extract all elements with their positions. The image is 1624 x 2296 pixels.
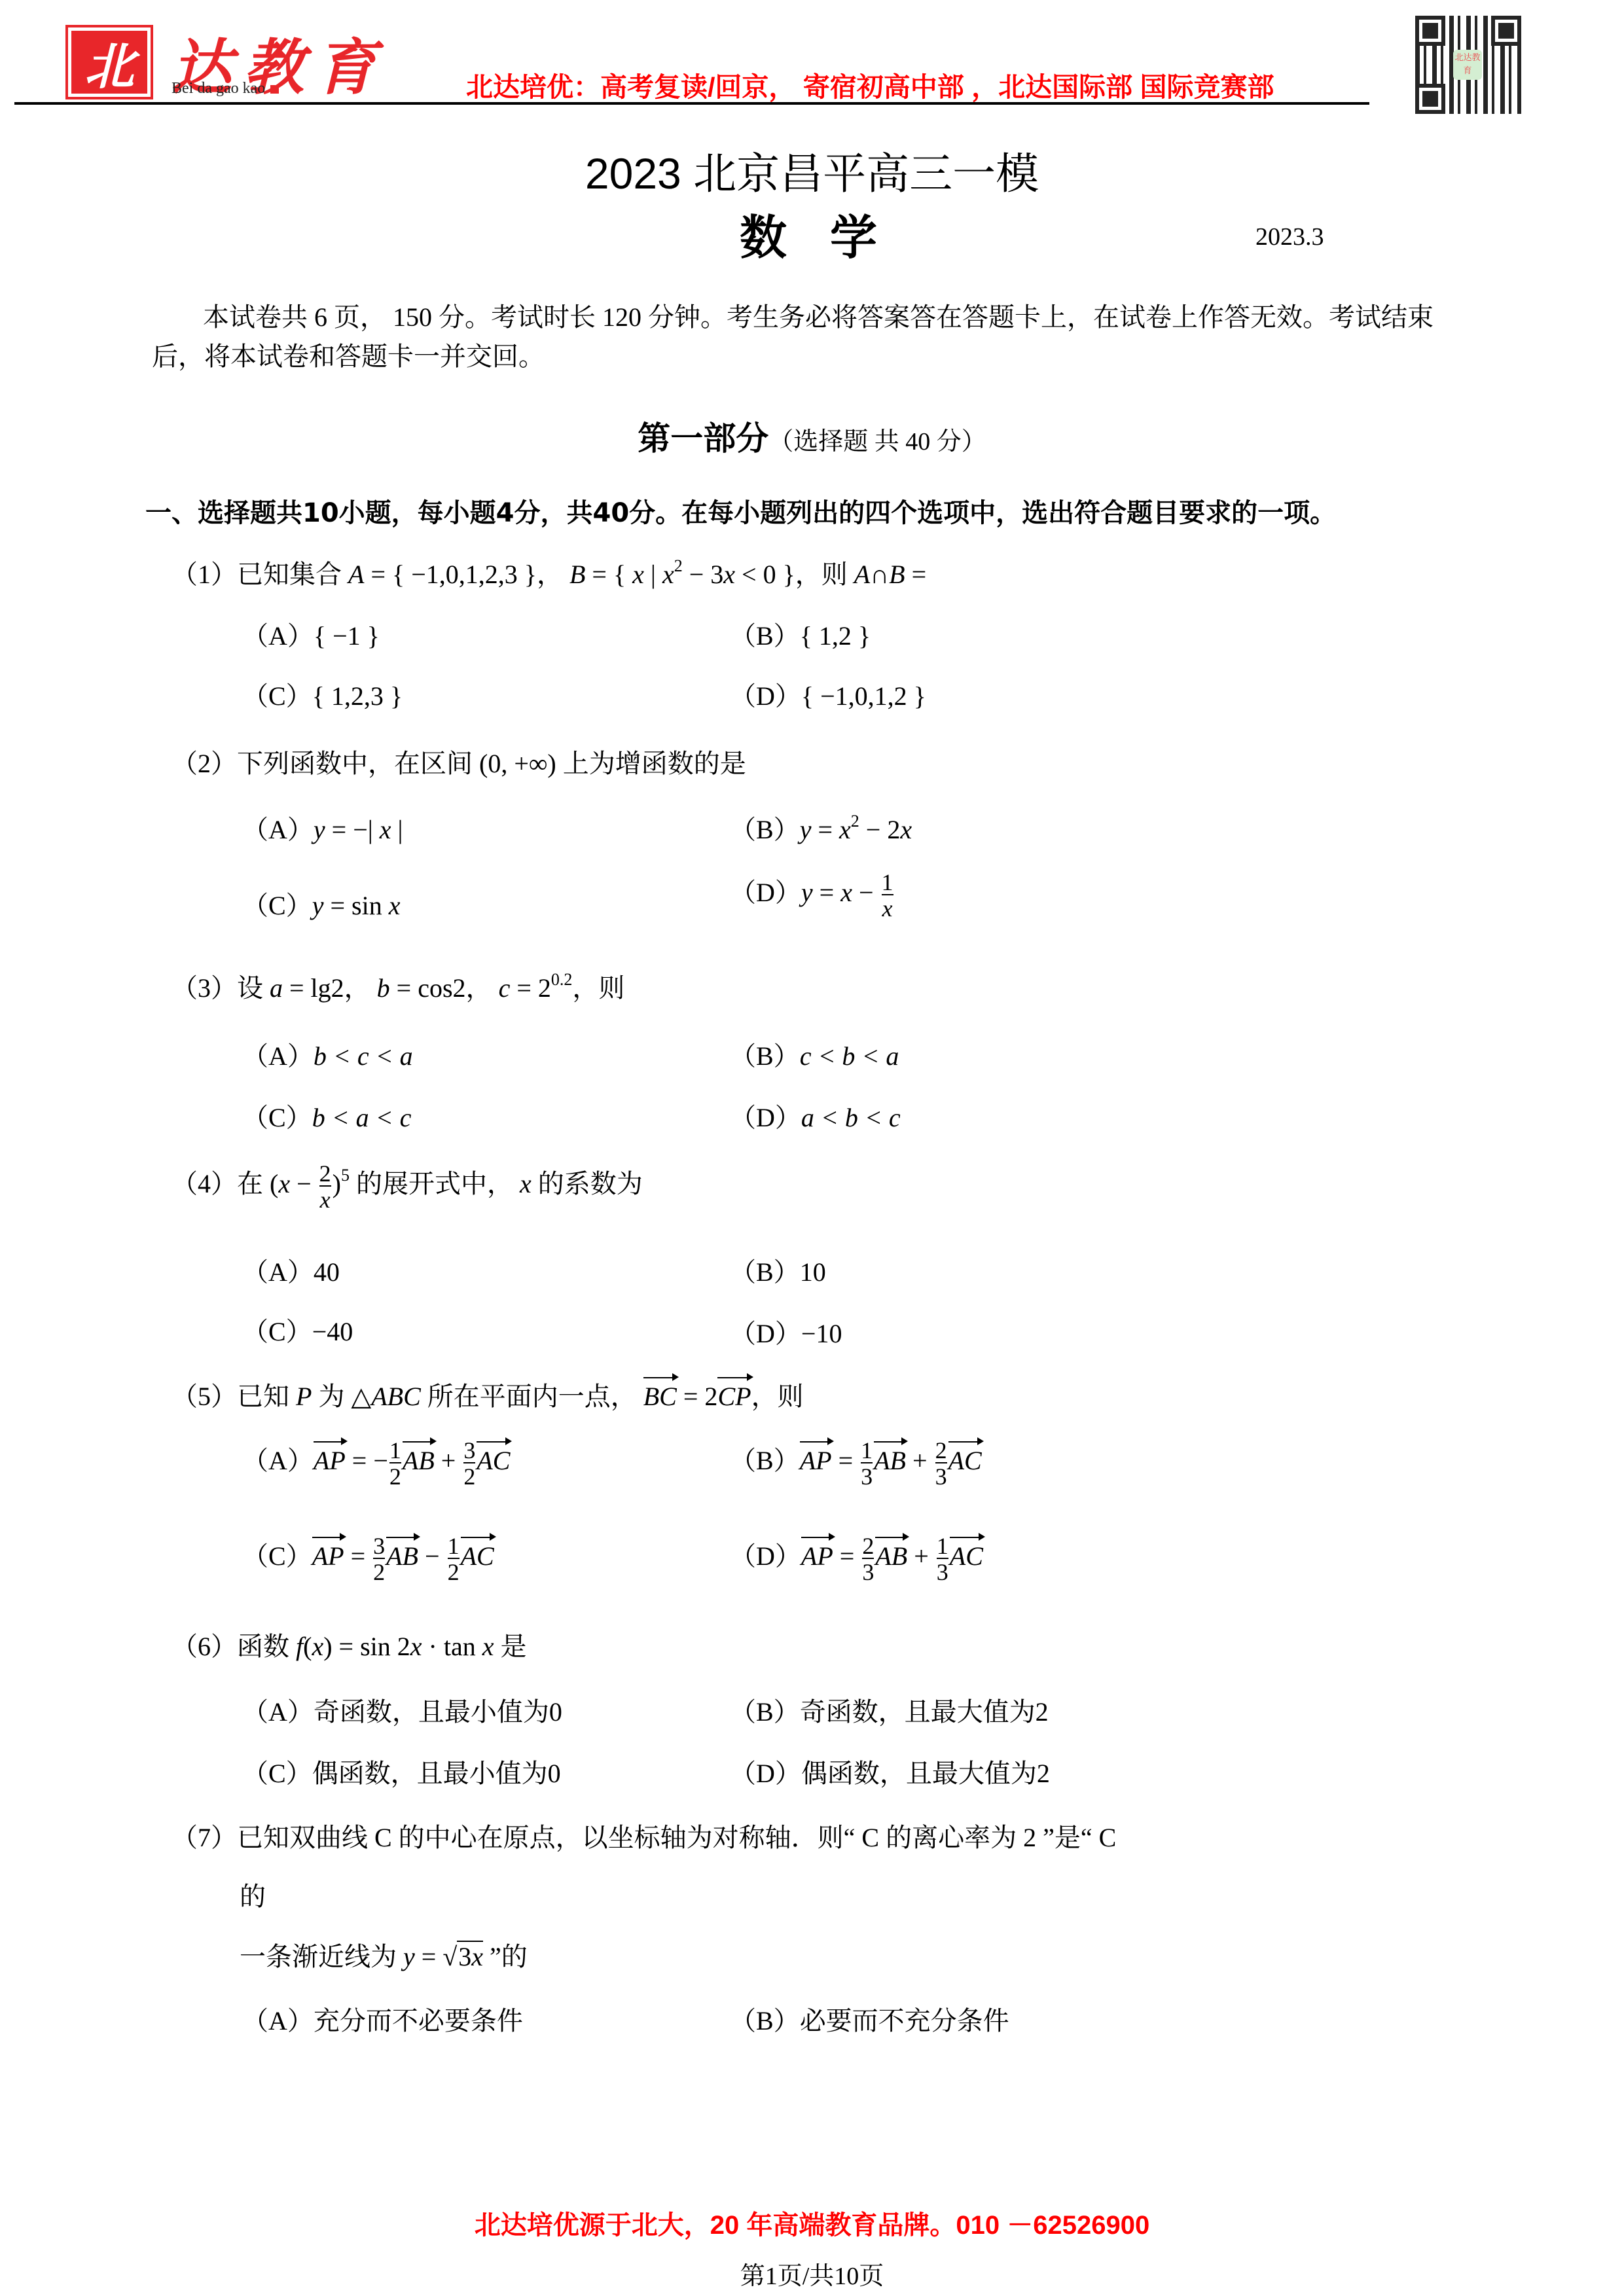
q3-option-b[interactable]: （B）c < b < a (730, 1035, 899, 1073)
q1-option-a[interactable]: （A）{ −1 } (242, 615, 380, 653)
q3-option-a[interactable]: （A）b < c < a (242, 1035, 413, 1073)
q4-option-b[interactable]: （B）10 (730, 1251, 826, 1289)
exam-instructions: 本试卷共 6 页， 150 分。考试时长 120 分钟。考生务必将答案答在答题卡… (152, 298, 1481, 376)
subject-title: 数学 (740, 200, 920, 268)
question-6: （6）函数 f(x) = sin 2x · tan x 是 (171, 1626, 527, 1663)
question-7-line-2: 的 (240, 1876, 266, 1913)
q2-option-b[interactable]: （B）y = x2 − 2x (730, 809, 912, 846)
qr-center-logo: 北达教育 (1453, 50, 1482, 80)
q3-option-d[interactable]: （D）a < b < c (730, 1097, 901, 1134)
qr-finder-icon (1415, 84, 1445, 114)
header-slogan: 北达培优：高考复读/回京， 寄宿初高中部 ，北达国际部 国际竞赛部 (466, 65, 1274, 104)
question-7-line-3: 一条渐近线为 y = √3x ”的 (240, 1936, 528, 1973)
q3-option-c[interactable]: （C）b < a < c (242, 1097, 411, 1134)
q1-option-b[interactable]: （B）{ 1,2 } (730, 615, 871, 653)
exam-date: 2023.3 (1255, 223, 1324, 251)
q7-option-a[interactable]: （A）充分而不必要条件 (242, 2000, 523, 2037)
logo-seal: 北 (65, 25, 153, 99)
q5-option-c[interactable]: （C）AP = 32AB − 12AC (242, 1534, 494, 1584)
logo-subtitle: Bei da gao kao (171, 80, 279, 98)
q5-option-d[interactable]: （D）AP = 23AB + 13AC (730, 1534, 983, 1584)
section-heading: 一、选择题共10小题，每小题4分，共40分。在每小题列出的四个选项中，选出符合题… (145, 492, 1336, 529)
question-5: （5）已知 P 为 △ABC 所在平面内一点， BC = 2CP，则 (171, 1376, 804, 1413)
qr-finder-icon (1415, 16, 1445, 46)
header-divider (14, 102, 1369, 105)
q6-option-a[interactable]: （A）奇函数，且最小值为0 (242, 1691, 562, 1729)
footer-advertisement: 北达培优源于北大，20 年高端教育品牌。010 －62526900 (0, 2204, 1624, 2242)
q6-option-c[interactable]: （C）偶函数，且最小值为0 (242, 1753, 561, 1790)
q2-option-c[interactable]: （C）y = sin x (242, 885, 400, 922)
logo-square-icon (270, 85, 279, 94)
question-1: （1）已知集合 A = { −1,0,1,2,3 }， B = { x | x2… (171, 554, 926, 591)
qr-code-icon: 北达教育 (1415, 16, 1521, 114)
q6-option-d[interactable]: （D）偶函数，且最大值为2 (730, 1753, 1050, 1790)
q1-option-d[interactable]: （D）{ −1,0,1,2 } (730, 675, 926, 713)
q2-option-d[interactable]: （D）y = x − 1x (730, 870, 895, 920)
exam-title: 2023 北京昌平高三一模 (0, 139, 1624, 201)
q5-option-a[interactable]: （A）AP = −12AB + 32AC (242, 1439, 510, 1488)
qr-finder-icon (1491, 16, 1521, 46)
q2-option-a[interactable]: （A）y = −| x | (242, 809, 403, 846)
q4-option-a[interactable]: （A）40 (242, 1251, 340, 1289)
q5-option-b[interactable]: （B）AP = 13AB + 23AC (730, 1439, 982, 1488)
question-4: （4）在 (x − 2x)5 的展开式中， x 的系数为 (171, 1162, 643, 1211)
q1-option-c[interactable]: （C）{ 1,2,3 } (242, 675, 403, 713)
q6-option-b[interactable]: （B）奇函数，且最大值为2 (730, 1691, 1049, 1729)
page-number: 第1页/共10页 (0, 2255, 1624, 2291)
question-3: （3）设 a = lg2， b = cos2， c = 20.2，则 (171, 967, 624, 1005)
q4-option-c[interactable]: （C）−40 (242, 1311, 353, 1348)
q7-option-b[interactable]: （B）必要而不充分条件 (730, 2000, 1009, 2037)
q4-option-d[interactable]: （D）−10 (730, 1313, 842, 1350)
question-2: （2）下列函数中，在区间 (0, +∞) 上为增函数的是 (171, 743, 746, 780)
part-heading: 第一部分（选择题 共 40 分） (0, 412, 1624, 459)
question-7: （7）已知双曲线 C 的中心在原点，以坐标轴为对称轴．则“ C 的离心率为 2 … (171, 1817, 1116, 1854)
